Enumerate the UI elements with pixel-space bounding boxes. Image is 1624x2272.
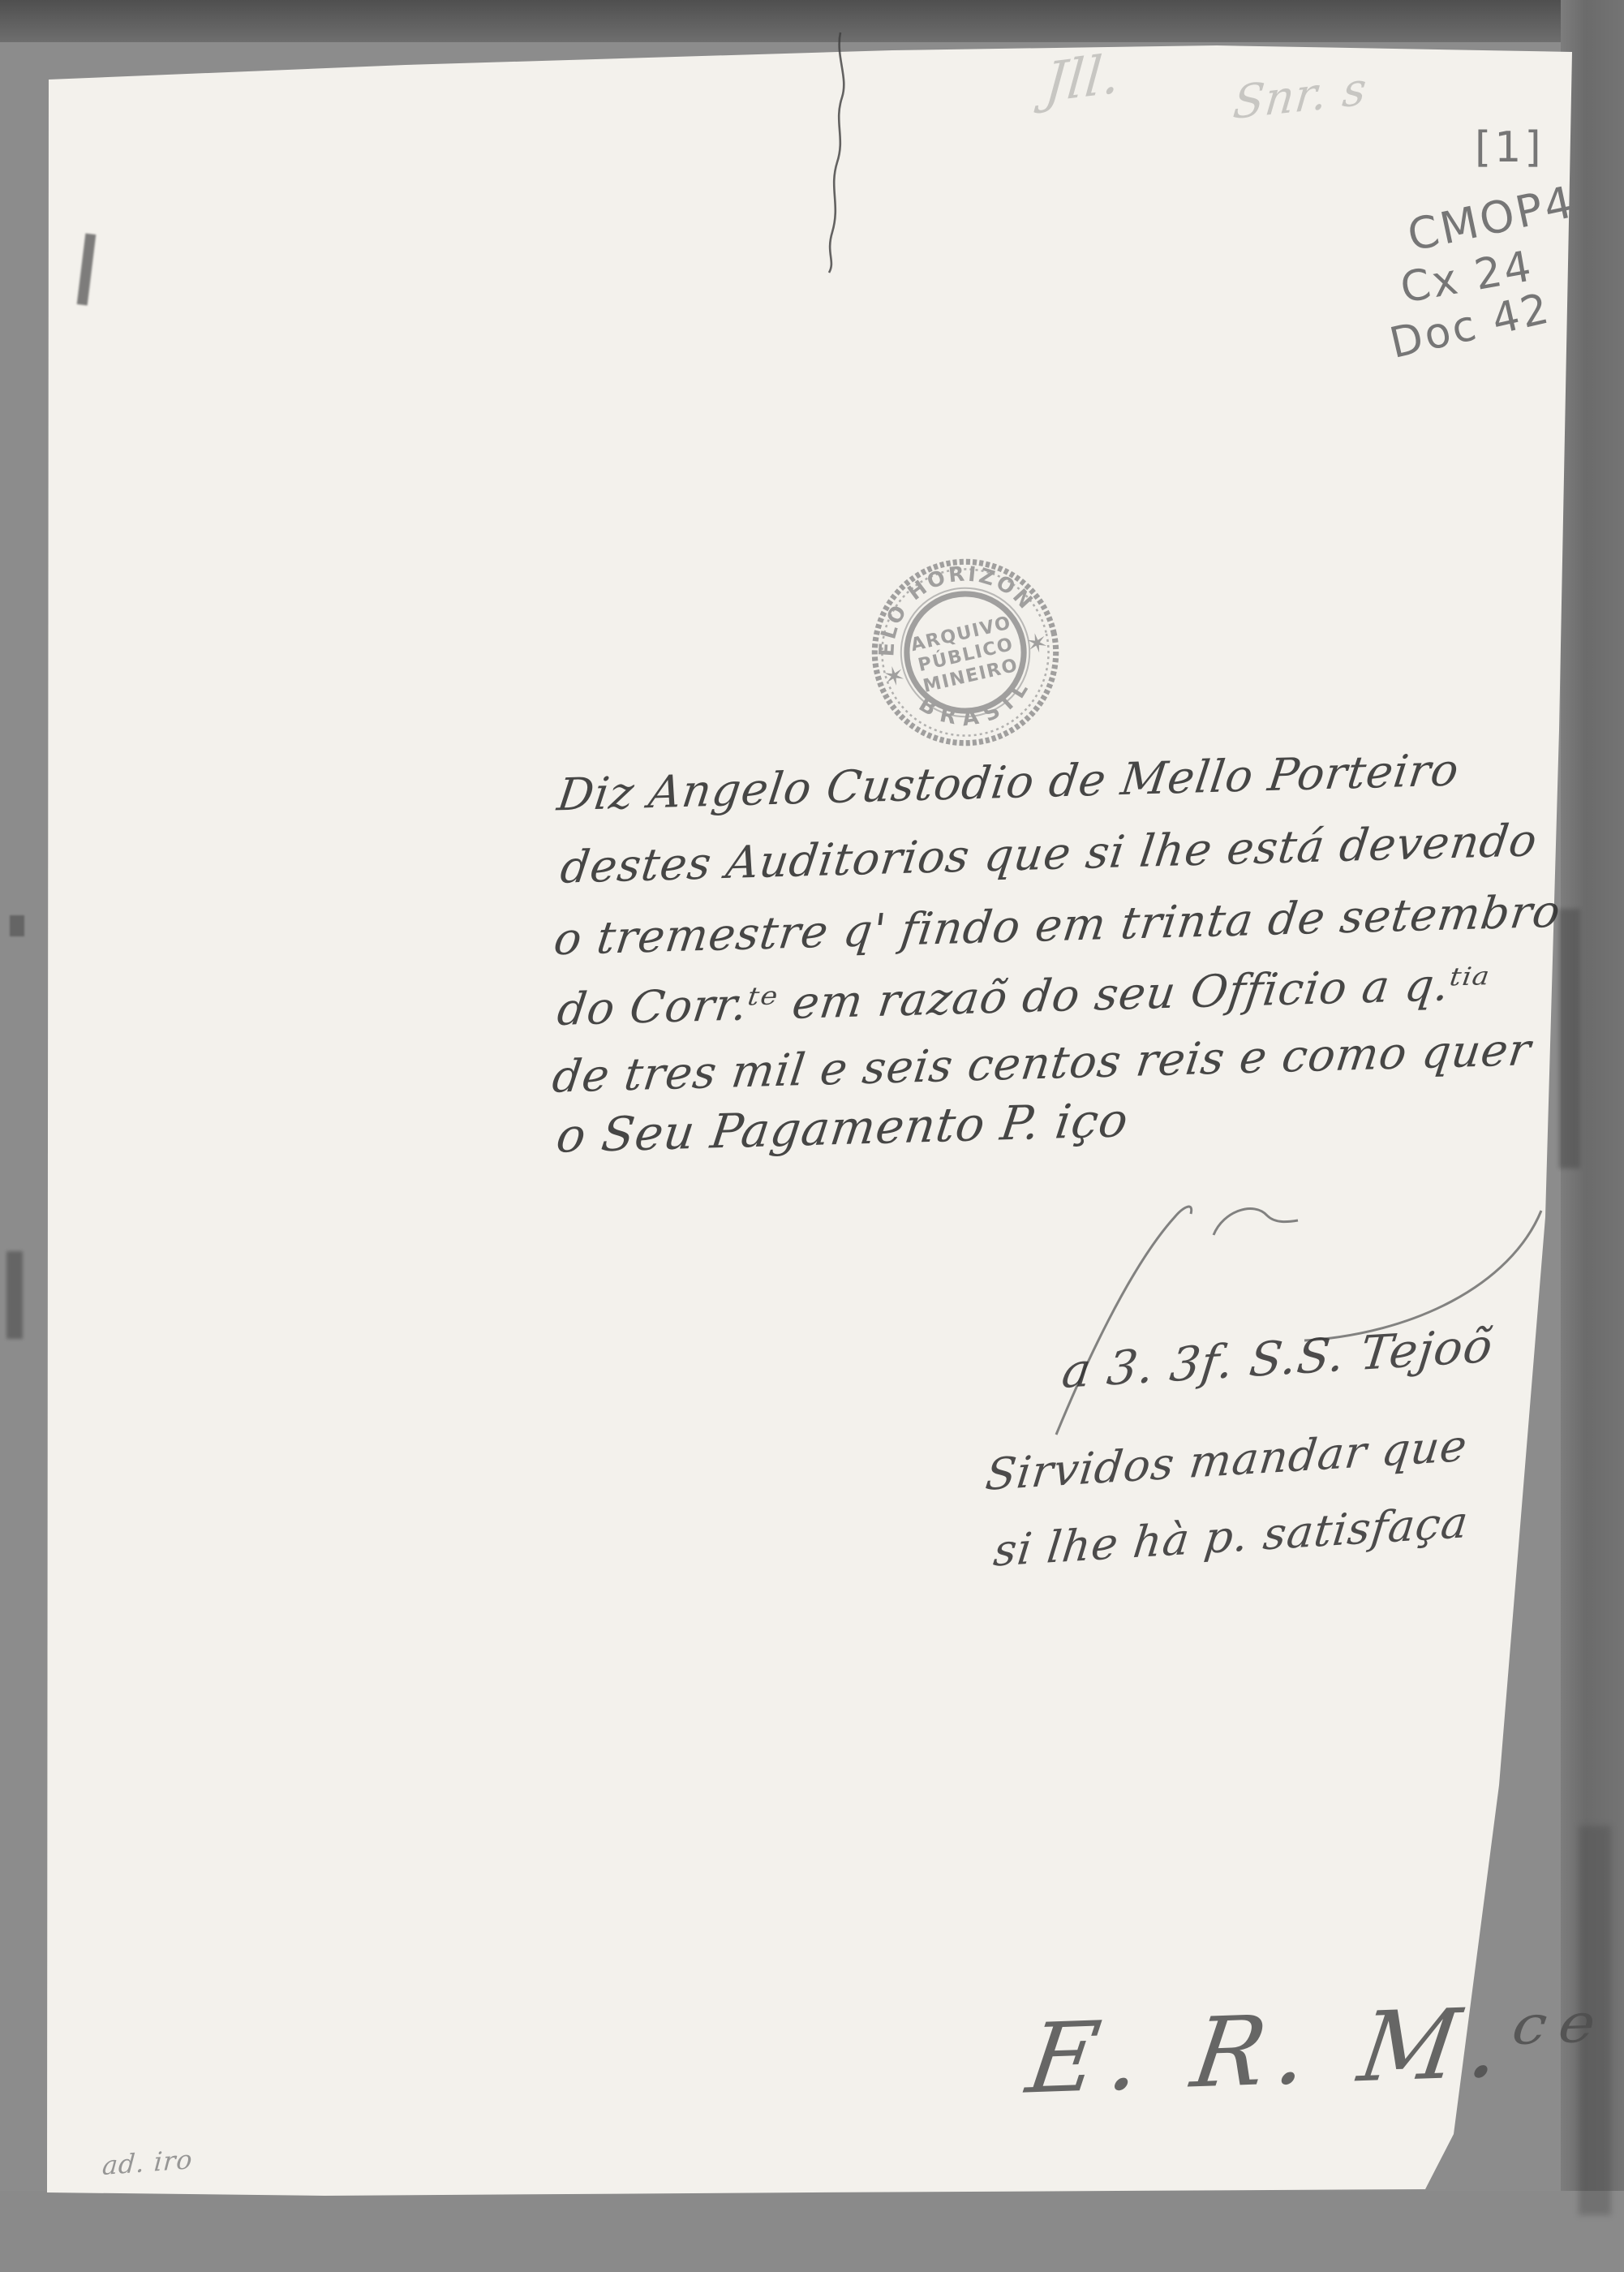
bottom-left-note: ad. iro <box>101 2144 194 2181</box>
closing-signature: E. R. M.ᶜᵉ <box>1020 1982 1613 2115</box>
despacho-flourish <box>0 0 1624 2272</box>
scanned-document: Jll. Snr. s [1] CMOP4 Cx 24 Doc 42 BELO … <box>0 0 1624 2272</box>
